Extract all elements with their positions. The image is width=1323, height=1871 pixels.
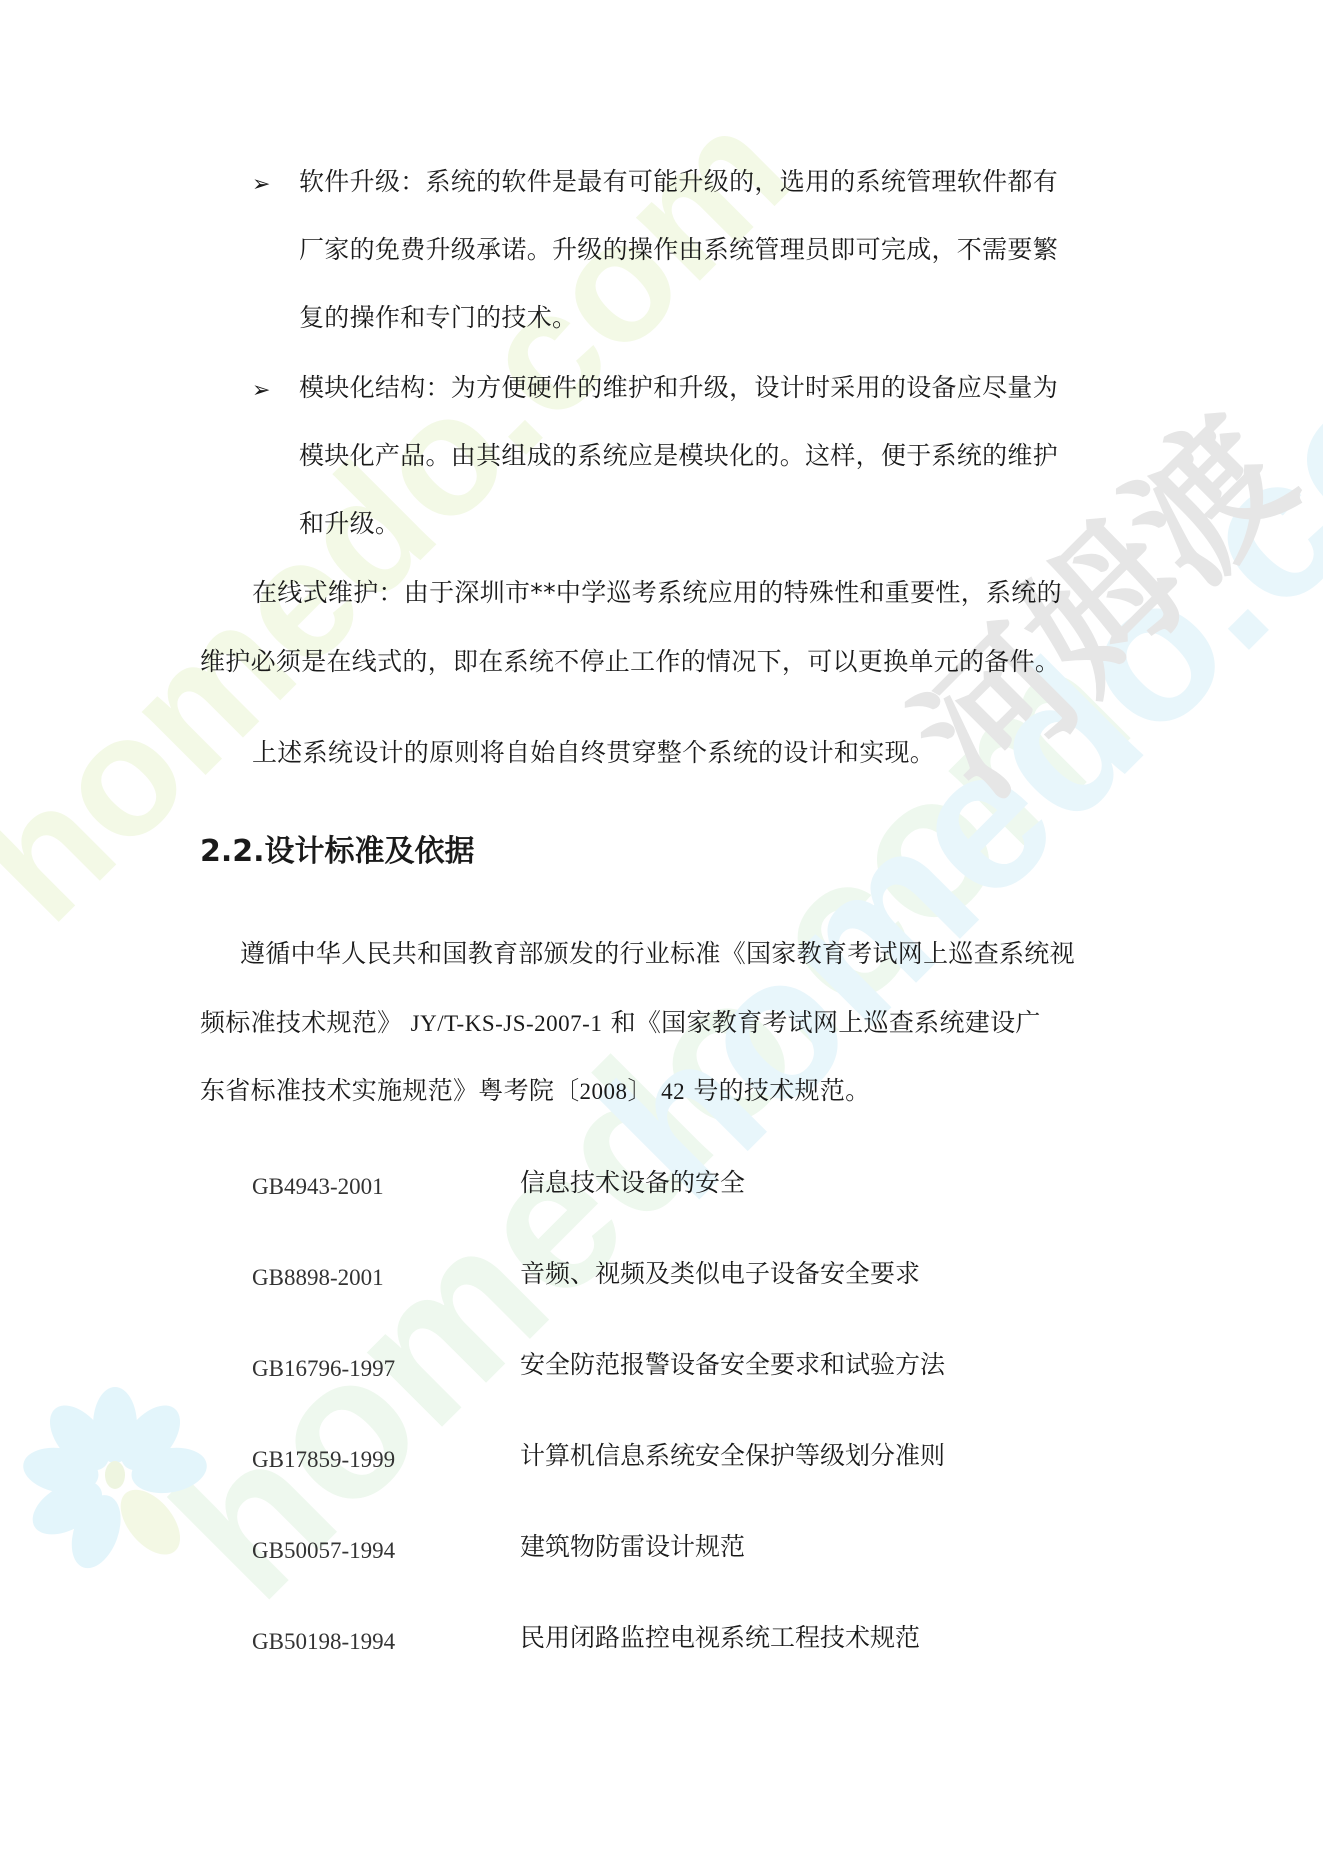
bullet-2-line-1: 模块化结构：为方便硬件的维护和升级，设计时采用的设备应尽量为 — [299, 371, 1058, 405]
standard-desc: 建筑物防雷设计规范 — [520, 1530, 745, 1564]
standard-code: GB50057-1994 — [252, 1534, 395, 1568]
bullet-2-line-2: 模块化产品。由其组成的系统应是模块化的。这样，便于系统的维护 — [299, 439, 1058, 473]
standard-code: GB16796-1997 — [252, 1352, 395, 1386]
standard-desc: 信息技术设备的安全 — [520, 1166, 745, 1200]
standard-code: GB17859-1999 — [252, 1443, 395, 1477]
section-number: 2.2. — [200, 834, 265, 869]
intro-line-3: 东省标准技术实施规范》粤考院〔2008〕 42 号的技术规范。 — [200, 1074, 870, 1109]
intro-text: 〕 — [628, 1076, 653, 1105]
standard-desc: 计算机信息系统安全保护等级划分准则 — [520, 1439, 945, 1473]
standard-desc: 民用闭路监控电视系统工程技术规范 — [520, 1621, 920, 1655]
standard-code: GB50198-1994 — [252, 1625, 395, 1659]
online-maintenance-line-1: 在线式维护：由于深圳市**中学巡考系统应用的特殊性和重要性，系统的 — [252, 576, 1062, 610]
standard-code: GB8898-2001 — [252, 1261, 384, 1295]
standard-desc: 音频、视频及类似电子设备安全要求 — [520, 1257, 920, 1291]
standard-code: JY/T-KS-JS-2007-1 — [411, 1011, 603, 1036]
section-heading: 2.2.设计标准及依据 — [200, 832, 475, 872]
bullet-1-line-1: 软件升级：系统的软件是最有可能升级的，选用的系统管理软件都有 — [299, 165, 1058, 199]
doc-number: 42 — [661, 1079, 685, 1104]
bullet-arrow-icon: ➢ — [252, 168, 270, 202]
year-number: 2008 — [580, 1079, 628, 1104]
section-title: 设计标准及依据 — [265, 834, 475, 869]
bullet-1-line-2: 厂家的免费升级承诺。升级的操作由系统管理员即可完成，不需要繁 — [299, 233, 1058, 267]
bullet-1-line-3: 复的操作和专门的技术。 — [299, 301, 577, 335]
intro-line-2: 频标准技术规范》 JY/T-KS-JS-2007-1 和《国家教育考试网上巡查系… — [200, 1006, 1041, 1041]
bullet-2-line-3: 和升级。 — [299, 507, 400, 541]
intro-text: 东省标准技术实施规范》粤考院〔 — [200, 1076, 580, 1105]
intro-line-1: 遵循中华人民共和国教育部颁发的行业标准《国家教育考试网上巡查系统视 — [240, 937, 1075, 971]
bullet-arrow-icon: ➢ — [252, 374, 270, 408]
intro-text: 号的技术规范。 — [693, 1076, 870, 1105]
intro-text: 频标准技术规范》 — [200, 1008, 402, 1037]
intro-text: 和《国家教育考试网上巡查系统建设广 — [611, 1008, 1041, 1037]
standard-desc: 安全防范报警设备安全要求和试验方法 — [520, 1348, 945, 1382]
standard-code: GB4943-2001 — [252, 1170, 384, 1204]
document-page: ➢ 软件升级：系统的软件是最有可能升级的，选用的系统管理软件都有 厂家的免费升级… — [0, 0, 1323, 1871]
online-maintenance-line-2: 维护必须是在线式的，即在系统不停止工作的情况下，可以更换单元的备件。 — [200, 645, 1060, 679]
summary-paragraph: 上述系统设计的原则将自始自终贯穿整个系统的设计和实现。 — [252, 736, 935, 770]
